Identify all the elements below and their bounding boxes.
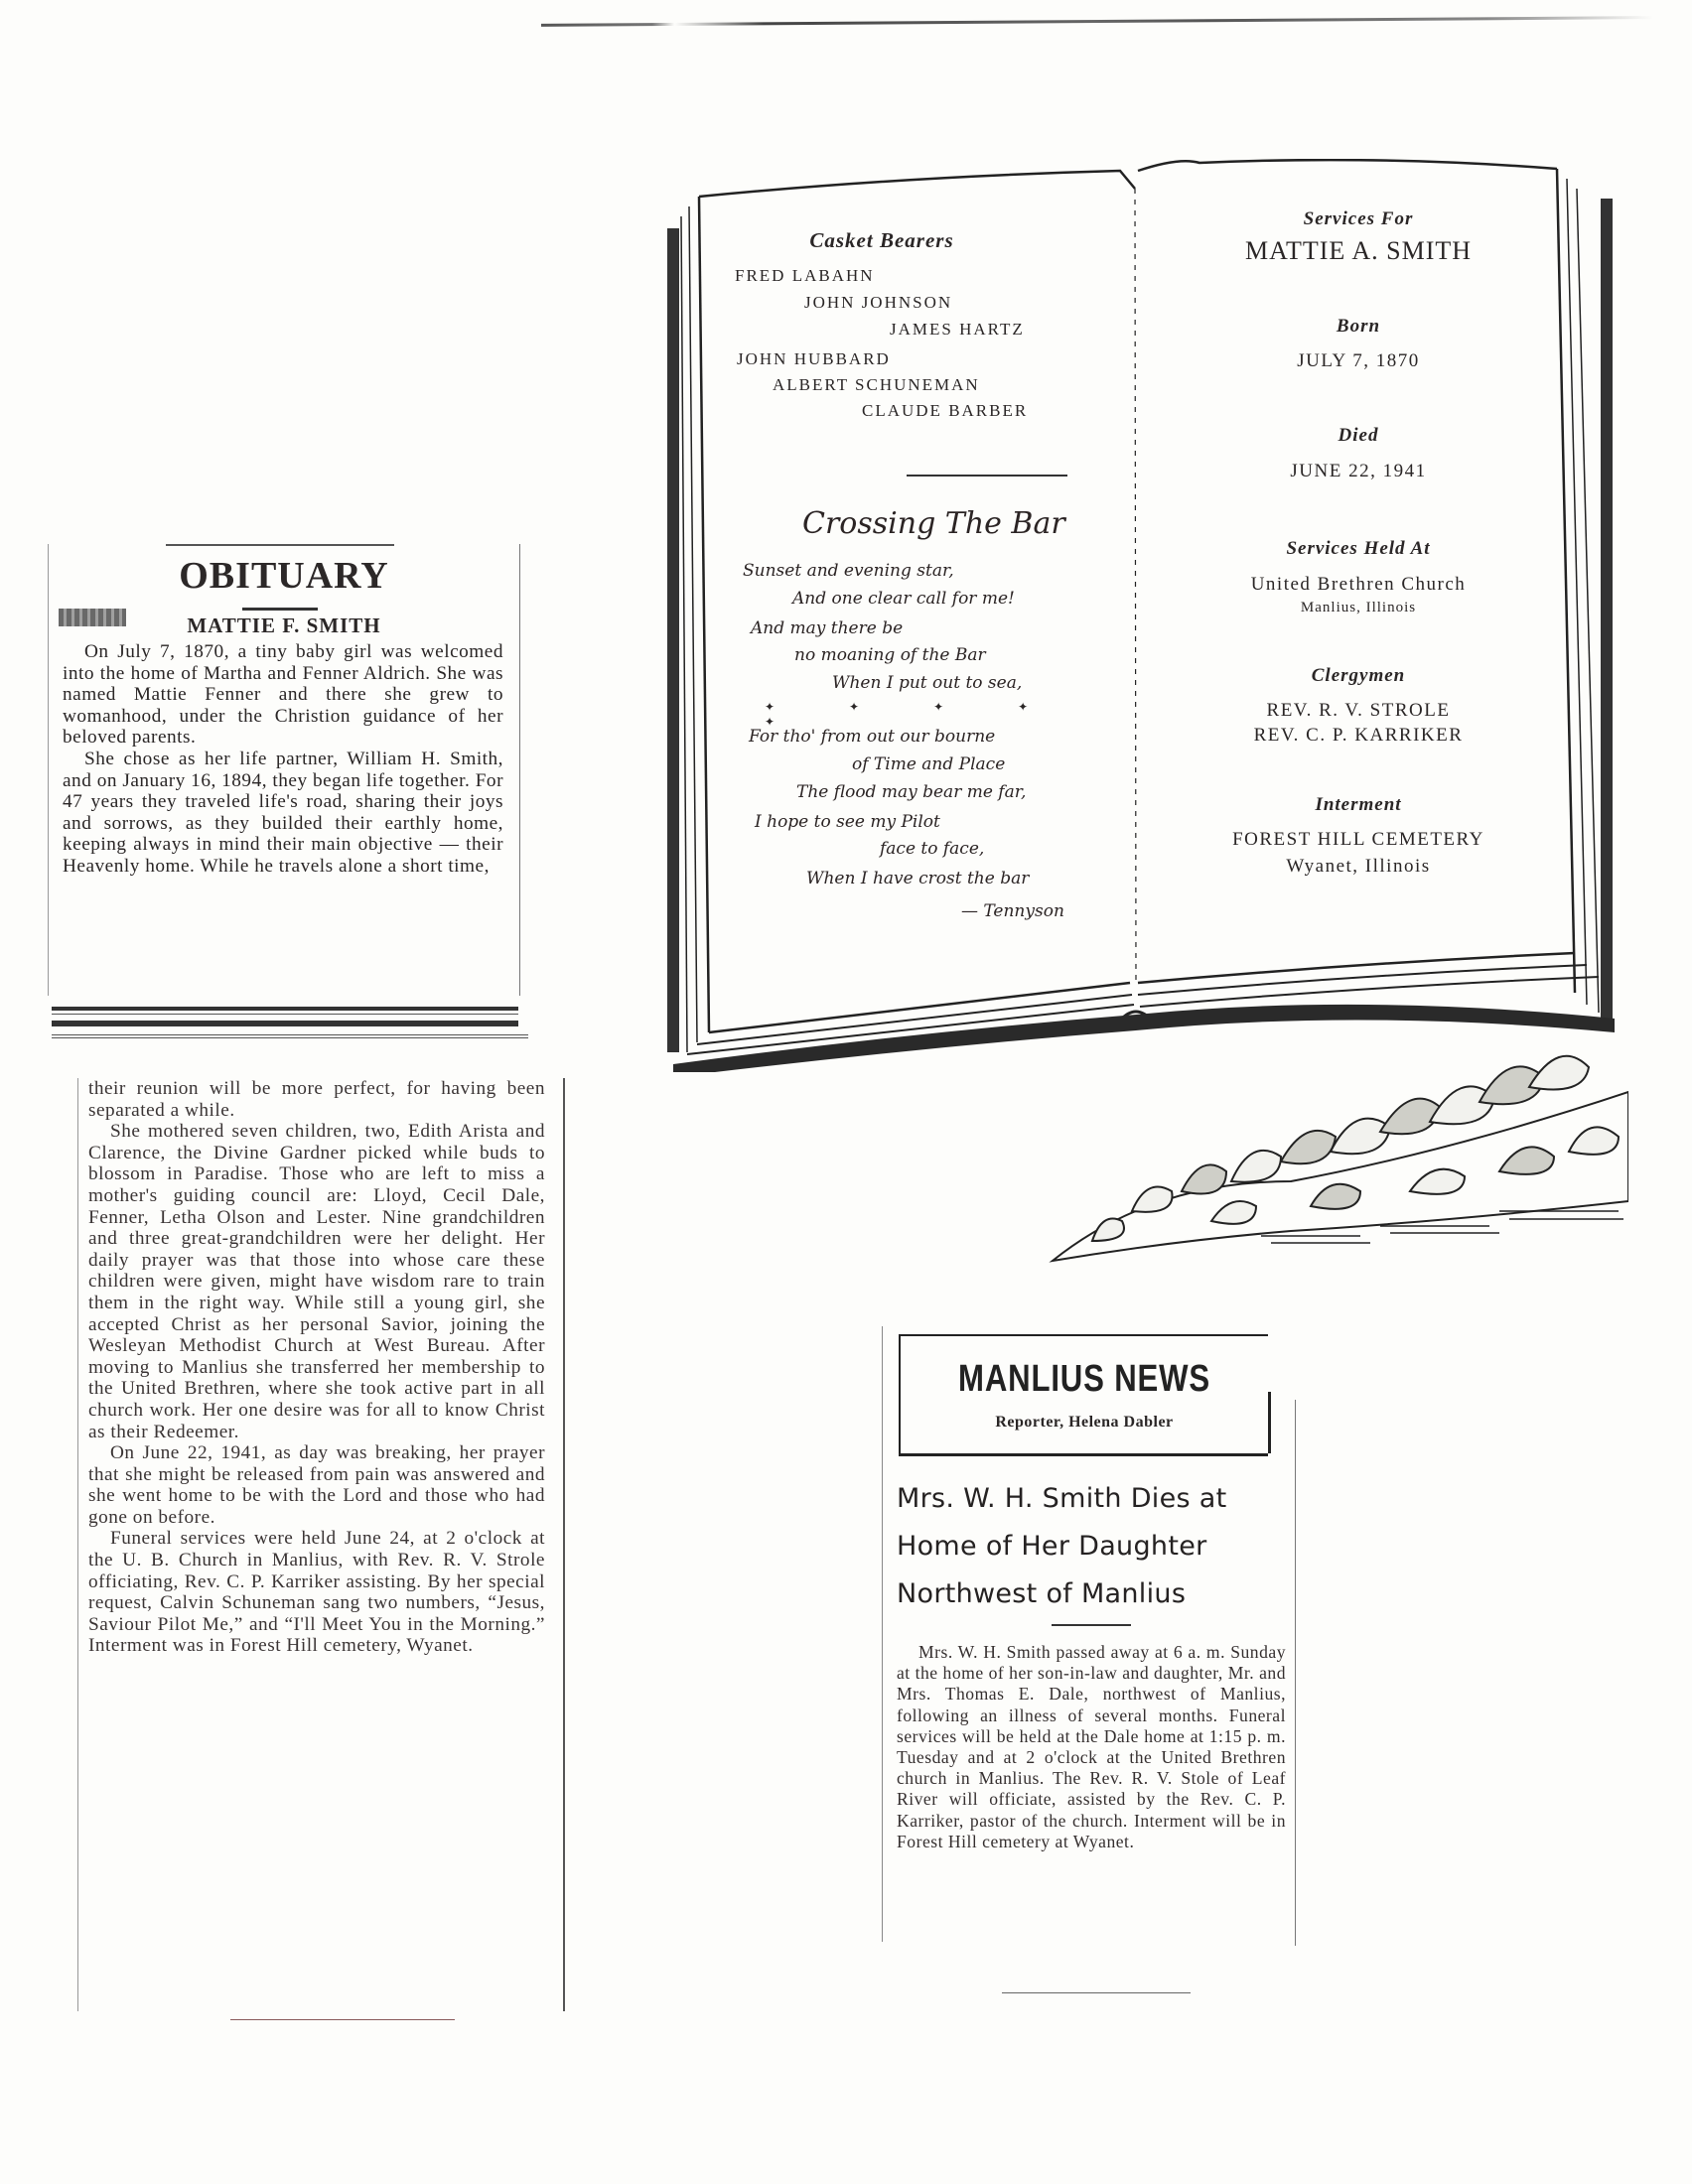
poem-line: of Time and Place [852,754,1005,774]
obituary-body-part1: On July 7, 1870, a tiny baby girl was we… [63,641,503,878]
scan-top-rule [541,16,1653,27]
poem-line: When I put out to sea, [832,673,1022,693]
services-town: Manlius, Illinois [1160,600,1557,616]
services-place: United Brethren Church [1160,574,1557,596]
paragraph: Funeral services were held June 24, at 2… [88,1528,545,1657]
paragraph: She chose as her life partner, William H… [63,749,503,878]
poem-line: The flood may bear me far, [796,782,1026,802]
obituary-heading: OBITUARY [49,554,519,598]
bearer-name: FRED LABAHN [735,266,875,286]
end-rule [1002,1992,1191,1993]
clergyman: REV. R. V. STROLE [1160,700,1557,722]
paragraph: On July 7, 1870, a tiny baby girl was we… [63,641,503,749]
casket-bearers-heading: Casket Bearers [782,228,981,253]
funeral-card-book: Casket Bearers FRED LABAHN JOHN JOHNSON … [663,159,1646,1072]
deceased-name: MATTIE A. SMITH [1160,236,1557,266]
obituary-clipping-part1: OBITUARY MATTIE F. SMITH On July 7, 1870… [48,544,520,996]
end-rule [230,2019,455,2020]
ivy-decoration-icon [1033,1032,1628,1271]
poem-title: Crossing The Bar [802,506,1065,541]
cemetery-town: Wyanet, Illinois [1160,856,1557,878]
services-for-label: Services For [1160,208,1557,230]
obituary-clipping-part2: their reunion will be more perfect, for … [77,1078,565,2011]
interment-label: Interment [1160,794,1557,816]
bearer-name: JOHN JOHNSON [804,293,952,313]
bearer-name: JAMES HARTZ [890,320,1025,340]
born-label: Born [1160,316,1557,338]
clergymen-label: Clergymen [1160,665,1557,687]
poem-line: no moaning of the Bar [794,645,986,665]
news-body: Mrs. W. H. Smith passed away at 6 a. m. … [897,1642,1286,1852]
heading-divider [242,608,318,611]
paragraph: She mothered seven children, two, Edith … [88,1121,545,1442]
poem-divider [907,475,1067,477]
masthead-box: MANLIUS NEWS Reporter, Helena Dabler [899,1334,1268,1456]
column-rule [1295,1400,1296,1946]
paragraph: On June 22, 1941, as day was breaking, h… [88,1442,545,1528]
services-held-label: Services Held At [1160,538,1557,560]
star-separator-icon: ✦ ✦ ✦ ✦ ✦ [765,700,1140,730]
paragraph: their reunion will be more perfect, for … [88,1078,545,1121]
born-date: JULY 7, 1870 [1160,350,1557,372]
bearer-name: CLAUDE BARBER [862,401,1028,421]
died-date: JUNE 22, 1941 [1160,461,1557,482]
clergyman: REV. C. P. KARRIKER [1160,725,1557,747]
headline-divider [1052,1624,1131,1626]
poem-line: face to face, [880,839,984,859]
masthead-title: MANLIUS NEWS [933,1358,1234,1401]
headline-line: Mrs. W. H. Smith Dies at [897,1475,1227,1523]
poem-line: For tho' from out our bourne [749,727,995,747]
poem-line: When I have crost the bar [806,869,1029,888]
poem-line: Sunset and evening star, [743,561,954,581]
paragraph: Mrs. W. H. Smith passed away at 6 a. m. … [897,1642,1286,1852]
headline-line: Home of Her Daughter [897,1523,1227,1570]
poem-line: And one clear call for me! [792,589,1015,609]
bearer-name: JOHN HUBBARD [737,349,891,369]
poem-line: I hope to see my Pilot [755,812,940,832]
obituary-top-rule [166,544,394,546]
news-headline: Mrs. W. H. Smith Dies at Home of Her Dau… [897,1475,1227,1618]
masthead-shadow [1268,1392,1271,1453]
poem-line: And may there be [751,618,903,638]
reporter-byline: Reporter, Helena Dabler [901,1414,1268,1432]
poem-author: — Tennyson [961,901,1064,921]
manlius-news-clipping: MANLIUS NEWS Reporter, Helena Dabler Mrs… [882,1326,1300,1942]
bearer-name: ALBERT SCHUNEMAN [773,375,980,395]
cemetery-name: FOREST HILL CEMETERY [1160,829,1557,851]
died-label: Died [1160,425,1557,447]
headline-line: Northwest of Manlius [897,1570,1227,1618]
obituary-body-part2: their reunion will be more perfect, for … [88,1078,545,1657]
deceased-name: MATTIE F. SMITH [49,614,519,638]
column-break-rules [52,1007,518,1041]
